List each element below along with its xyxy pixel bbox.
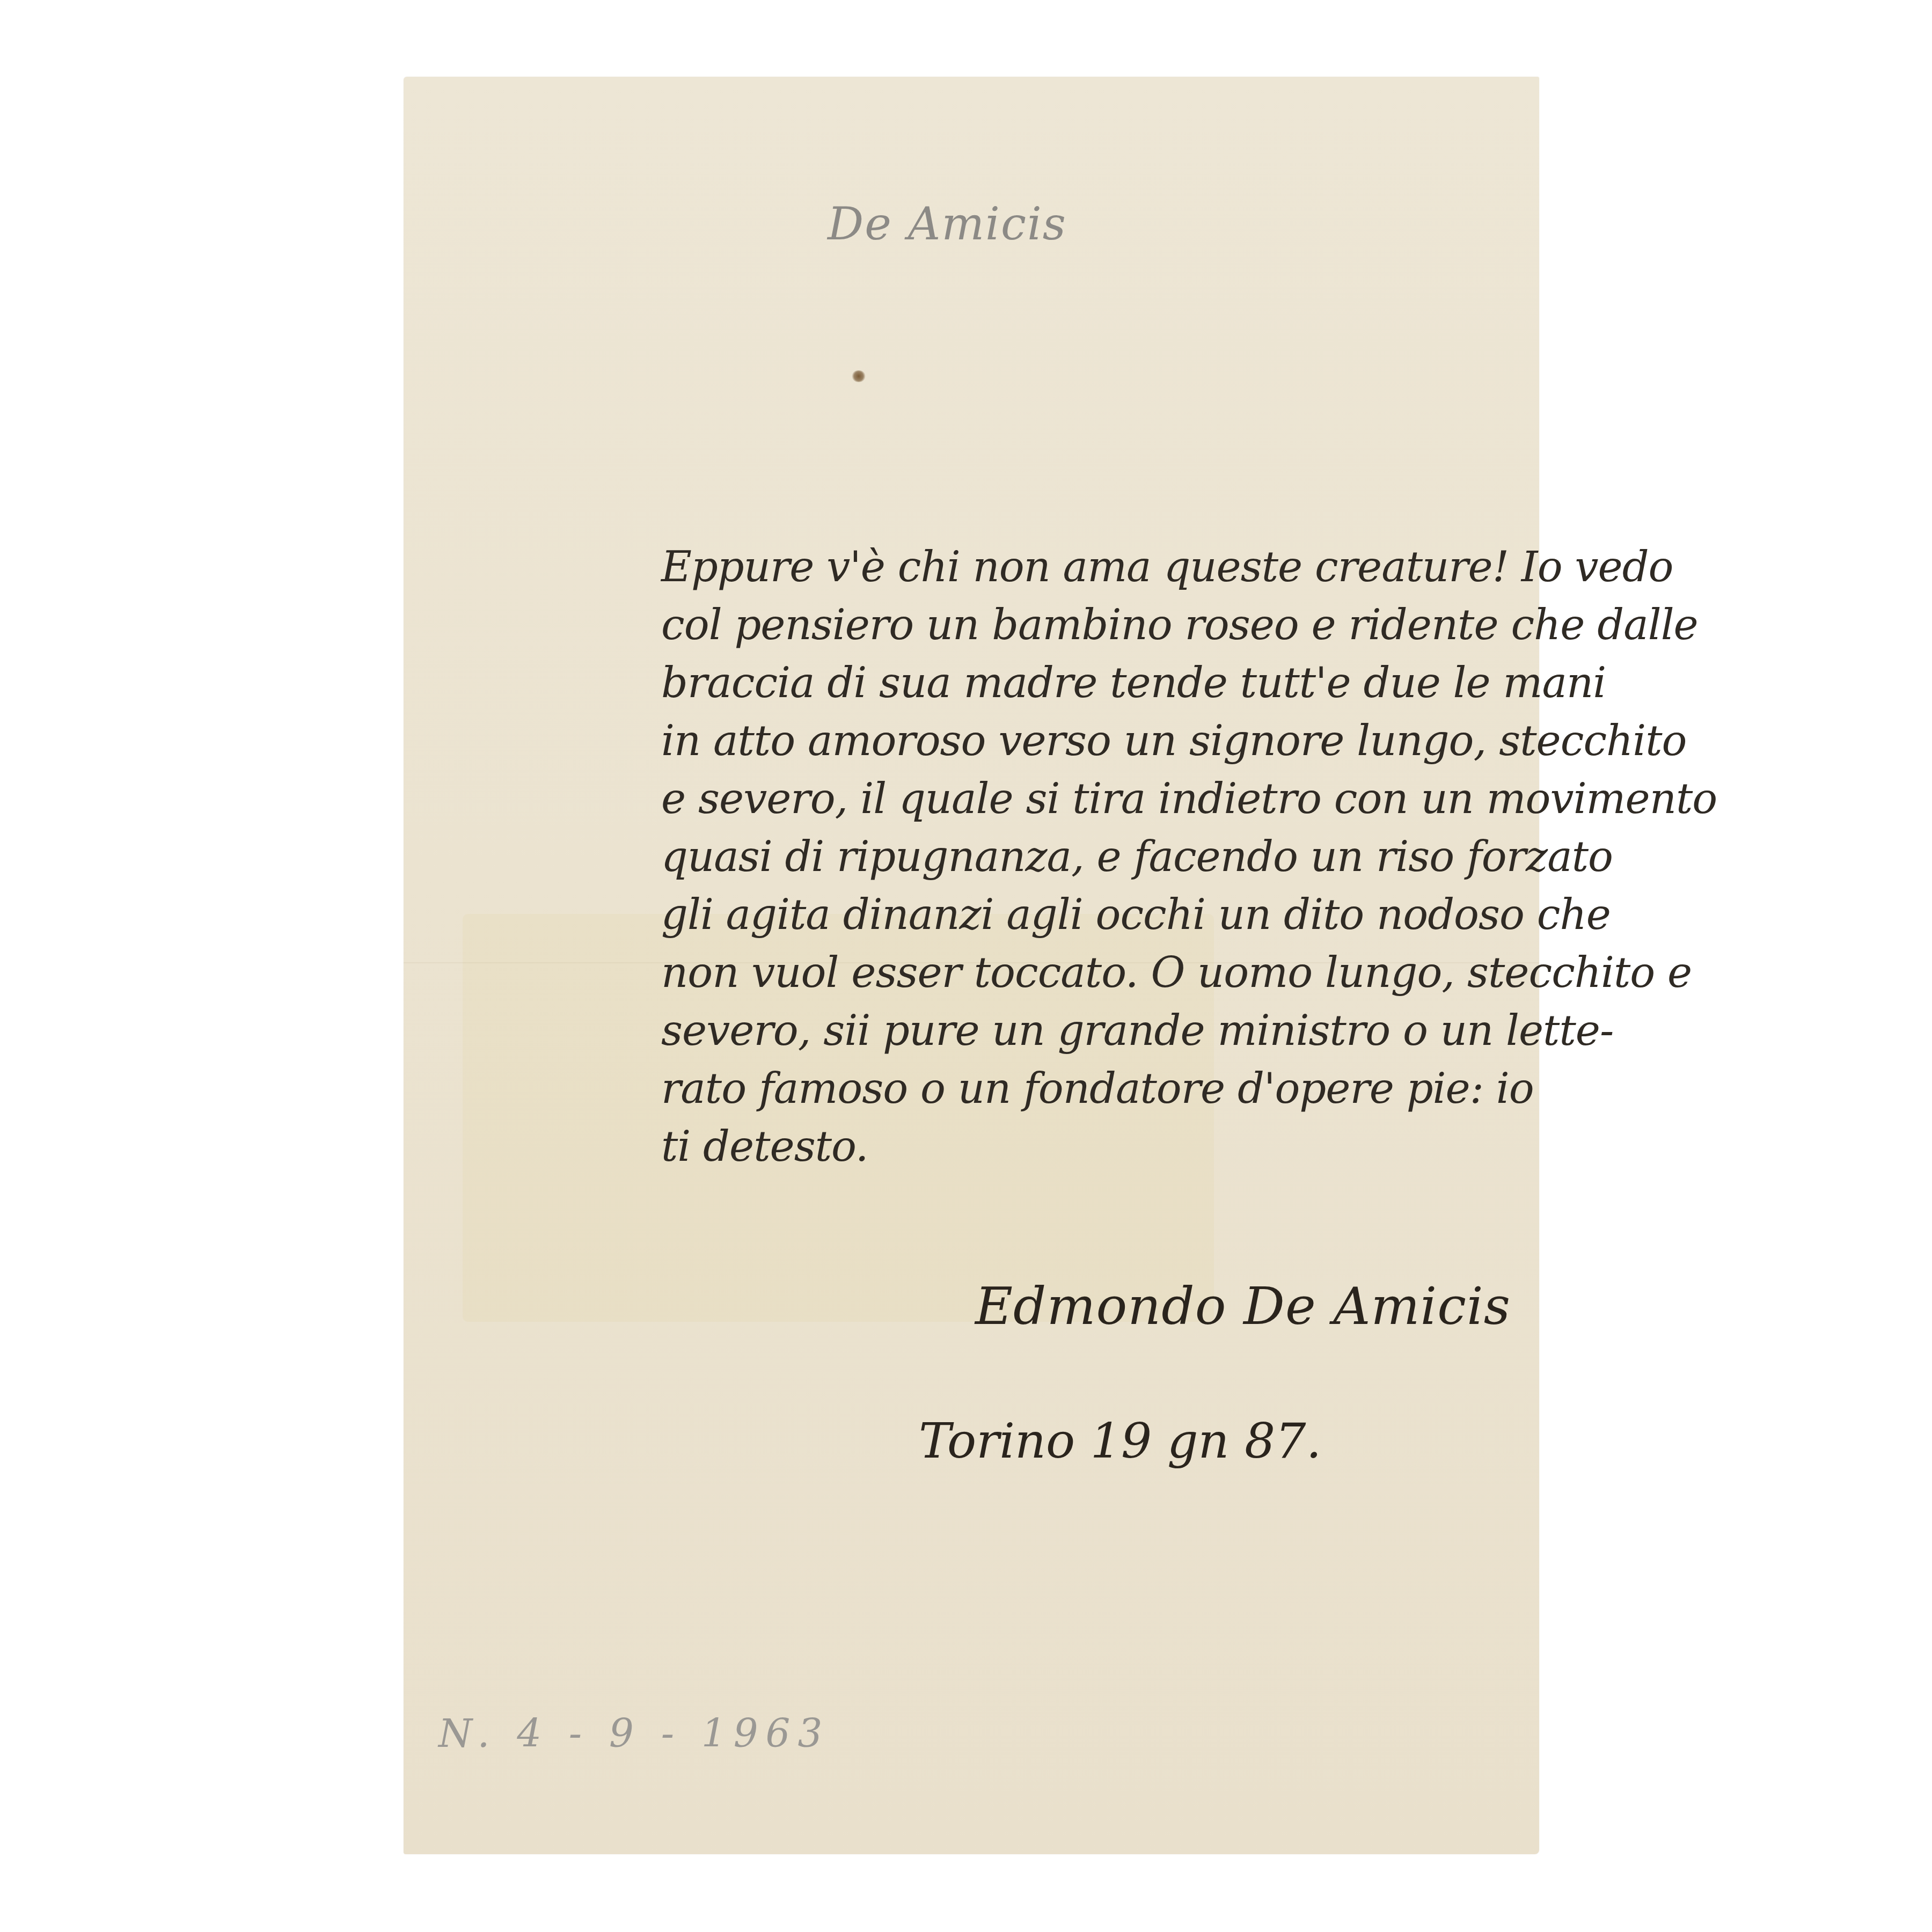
date-line: Torino 19 gn 87. xyxy=(919,1413,1321,1469)
body-line: in atto amoroso verso un signore lungo, … xyxy=(661,712,1466,770)
letter-page: De Amicis Eppure v'è chi non ama queste … xyxy=(404,77,1539,1854)
pencil-annotation-author: De Amicis xyxy=(828,197,1067,250)
body-line: rato famoso o un fondatore d'opere pie: … xyxy=(661,1060,1466,1118)
body-line: quasi di ripugnanza, e facendo un riso f… xyxy=(661,828,1466,886)
body-line: e severo, il quale si tira indietro con … xyxy=(661,770,1466,828)
body-line: non vuol esser toccato. O uomo lungo, st… xyxy=(661,944,1466,1002)
body-line: braccia di sua madre tende tutt'e due le… xyxy=(661,654,1466,712)
body-line: col pensiero un bambino roseo e ridente … xyxy=(661,596,1466,654)
pencil-annotation-archive-number: N. 4 - 9 - 1963 xyxy=(438,1711,830,1756)
body-line: severo, sii pure un grande ministro o un… xyxy=(661,1002,1466,1060)
signature: Edmondo De Amicis xyxy=(975,1276,1511,1336)
letter-body: Eppure v'è chi non ama queste creature! … xyxy=(661,538,1466,1176)
body-line: gli agita dinanzi agli occhi un dito nod… xyxy=(661,886,1466,944)
body-line: Eppure v'è chi non ama queste creature! … xyxy=(661,538,1466,596)
body-line: ti detesto. xyxy=(661,1118,1466,1176)
ink-spot xyxy=(852,370,866,382)
